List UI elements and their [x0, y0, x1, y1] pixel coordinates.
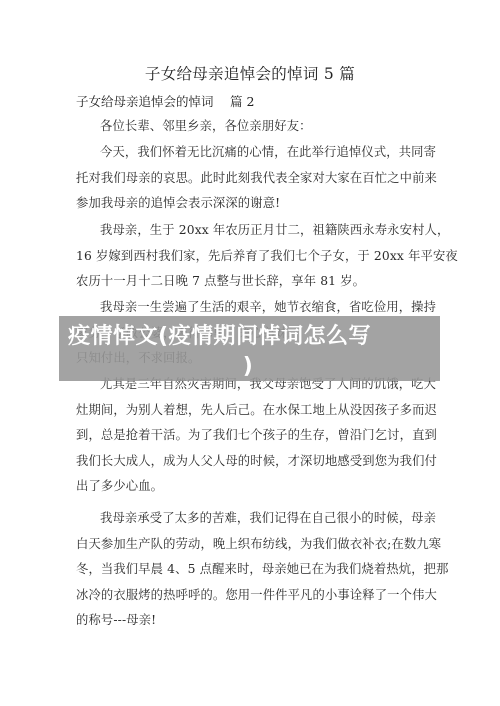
paragraph-line: 参加我母亲的追悼会表示深深的谢意!: [76, 191, 426, 217]
paragraph-5: 我母亲承受了太多的苦难，我们记得在自己很小的时候，母亲 白天参加生产队的劳动，晚…: [76, 506, 426, 634]
paragraph-line: 灶期间，为别人着想，先人后己。在水保工地上从没因孩子多而迟: [76, 398, 426, 424]
overlay-title-line-2: ): [68, 352, 438, 382]
document-title: 子女给母亲追悼会的悼词 5 篇: [0, 62, 500, 84]
greeting-paragraph: 各位长辈、邻里乡亲，各位亲朋好友：: [76, 114, 426, 140]
document-page: 子女给母亲追悼会的悼词 5 篇 子女给母亲追悼会的悼词 篇 2 各位长辈、邻里乡…: [0, 0, 500, 706]
overlay-title: 疫情悼文(疫情期间悼词怎么写 ): [68, 322, 438, 382]
paragraph-line: 白天参加生产队的劳动，晚上织布纺线，为我们做衣补衣;在数九寒: [76, 532, 426, 558]
paragraph-line: 到，总是抢着干活。为了我们七个孩子的生存，曾沿门乞讨，直到: [76, 423, 426, 449]
paragraph-line: 我母亲，生于 20xx 年农历正月廿二，祖籍陕西永寿永安村人，: [76, 218, 426, 244]
paragraph-2: 我母亲，生于 20xx 年农历正月廿二，祖籍陕西永寿永安村人， 16 岁嫁到西村…: [76, 218, 426, 295]
paragraph-line: 16 岁嫁到西村我们家，先后养育了我们七个子女，于 20xx 年平安夜: [76, 244, 426, 270]
document-subtitle: 子女给母亲追悼会的悼词 篇 2: [76, 92, 254, 110]
paragraph-line: 的称号---母亲!: [76, 608, 426, 634]
paragraph-line: 我们长大成人，成为人父人母的时候，才深切地感受到您为我们付: [76, 449, 426, 475]
overlay-title-line-1: 疫情悼文(疫情期间悼词怎么写: [68, 324, 371, 349]
paragraph-line: 冰冷的衣服烤的热呼呼的。您用一件件平凡的小事诠释了一个伟大: [76, 583, 426, 609]
paragraph-line: 冬，当我们早晨 4、5 点醒来时，母亲她已在为我们烧着热炕，把那: [76, 557, 426, 583]
paragraph-line: 托对我们母亲的哀思。此时此刻我代表全家对大家在百忙之中前来: [76, 166, 426, 192]
paragraph-line: 今天，我们怀着无比沉痛的心情，在此举行追悼仪式，共同寄: [76, 140, 426, 166]
paragraph-line: 我母亲承受了太多的苦难，我们记得在自己很小的时候，母亲: [76, 506, 426, 532]
paragraph-4: 尤其是三年自然灾害期间，我父母亲饱受了人间的饥饿，吃大 灶期间，为别人着想，先人…: [76, 372, 426, 500]
paragraph-1: 今天，我们怀着无比沉痛的心情，在此举行追悼仪式，共同寄 托对我们母亲的哀思。此时…: [76, 140, 426, 217]
paragraph-line: 农历十一月十二日晚 7 点整与世长辞，享年 81 岁。: [76, 269, 426, 295]
paragraph-line: 出了多少心血。: [76, 474, 426, 500]
greeting-line: 各位长辈、邻里乡亲，各位亲朋好友：: [76, 114, 426, 140]
